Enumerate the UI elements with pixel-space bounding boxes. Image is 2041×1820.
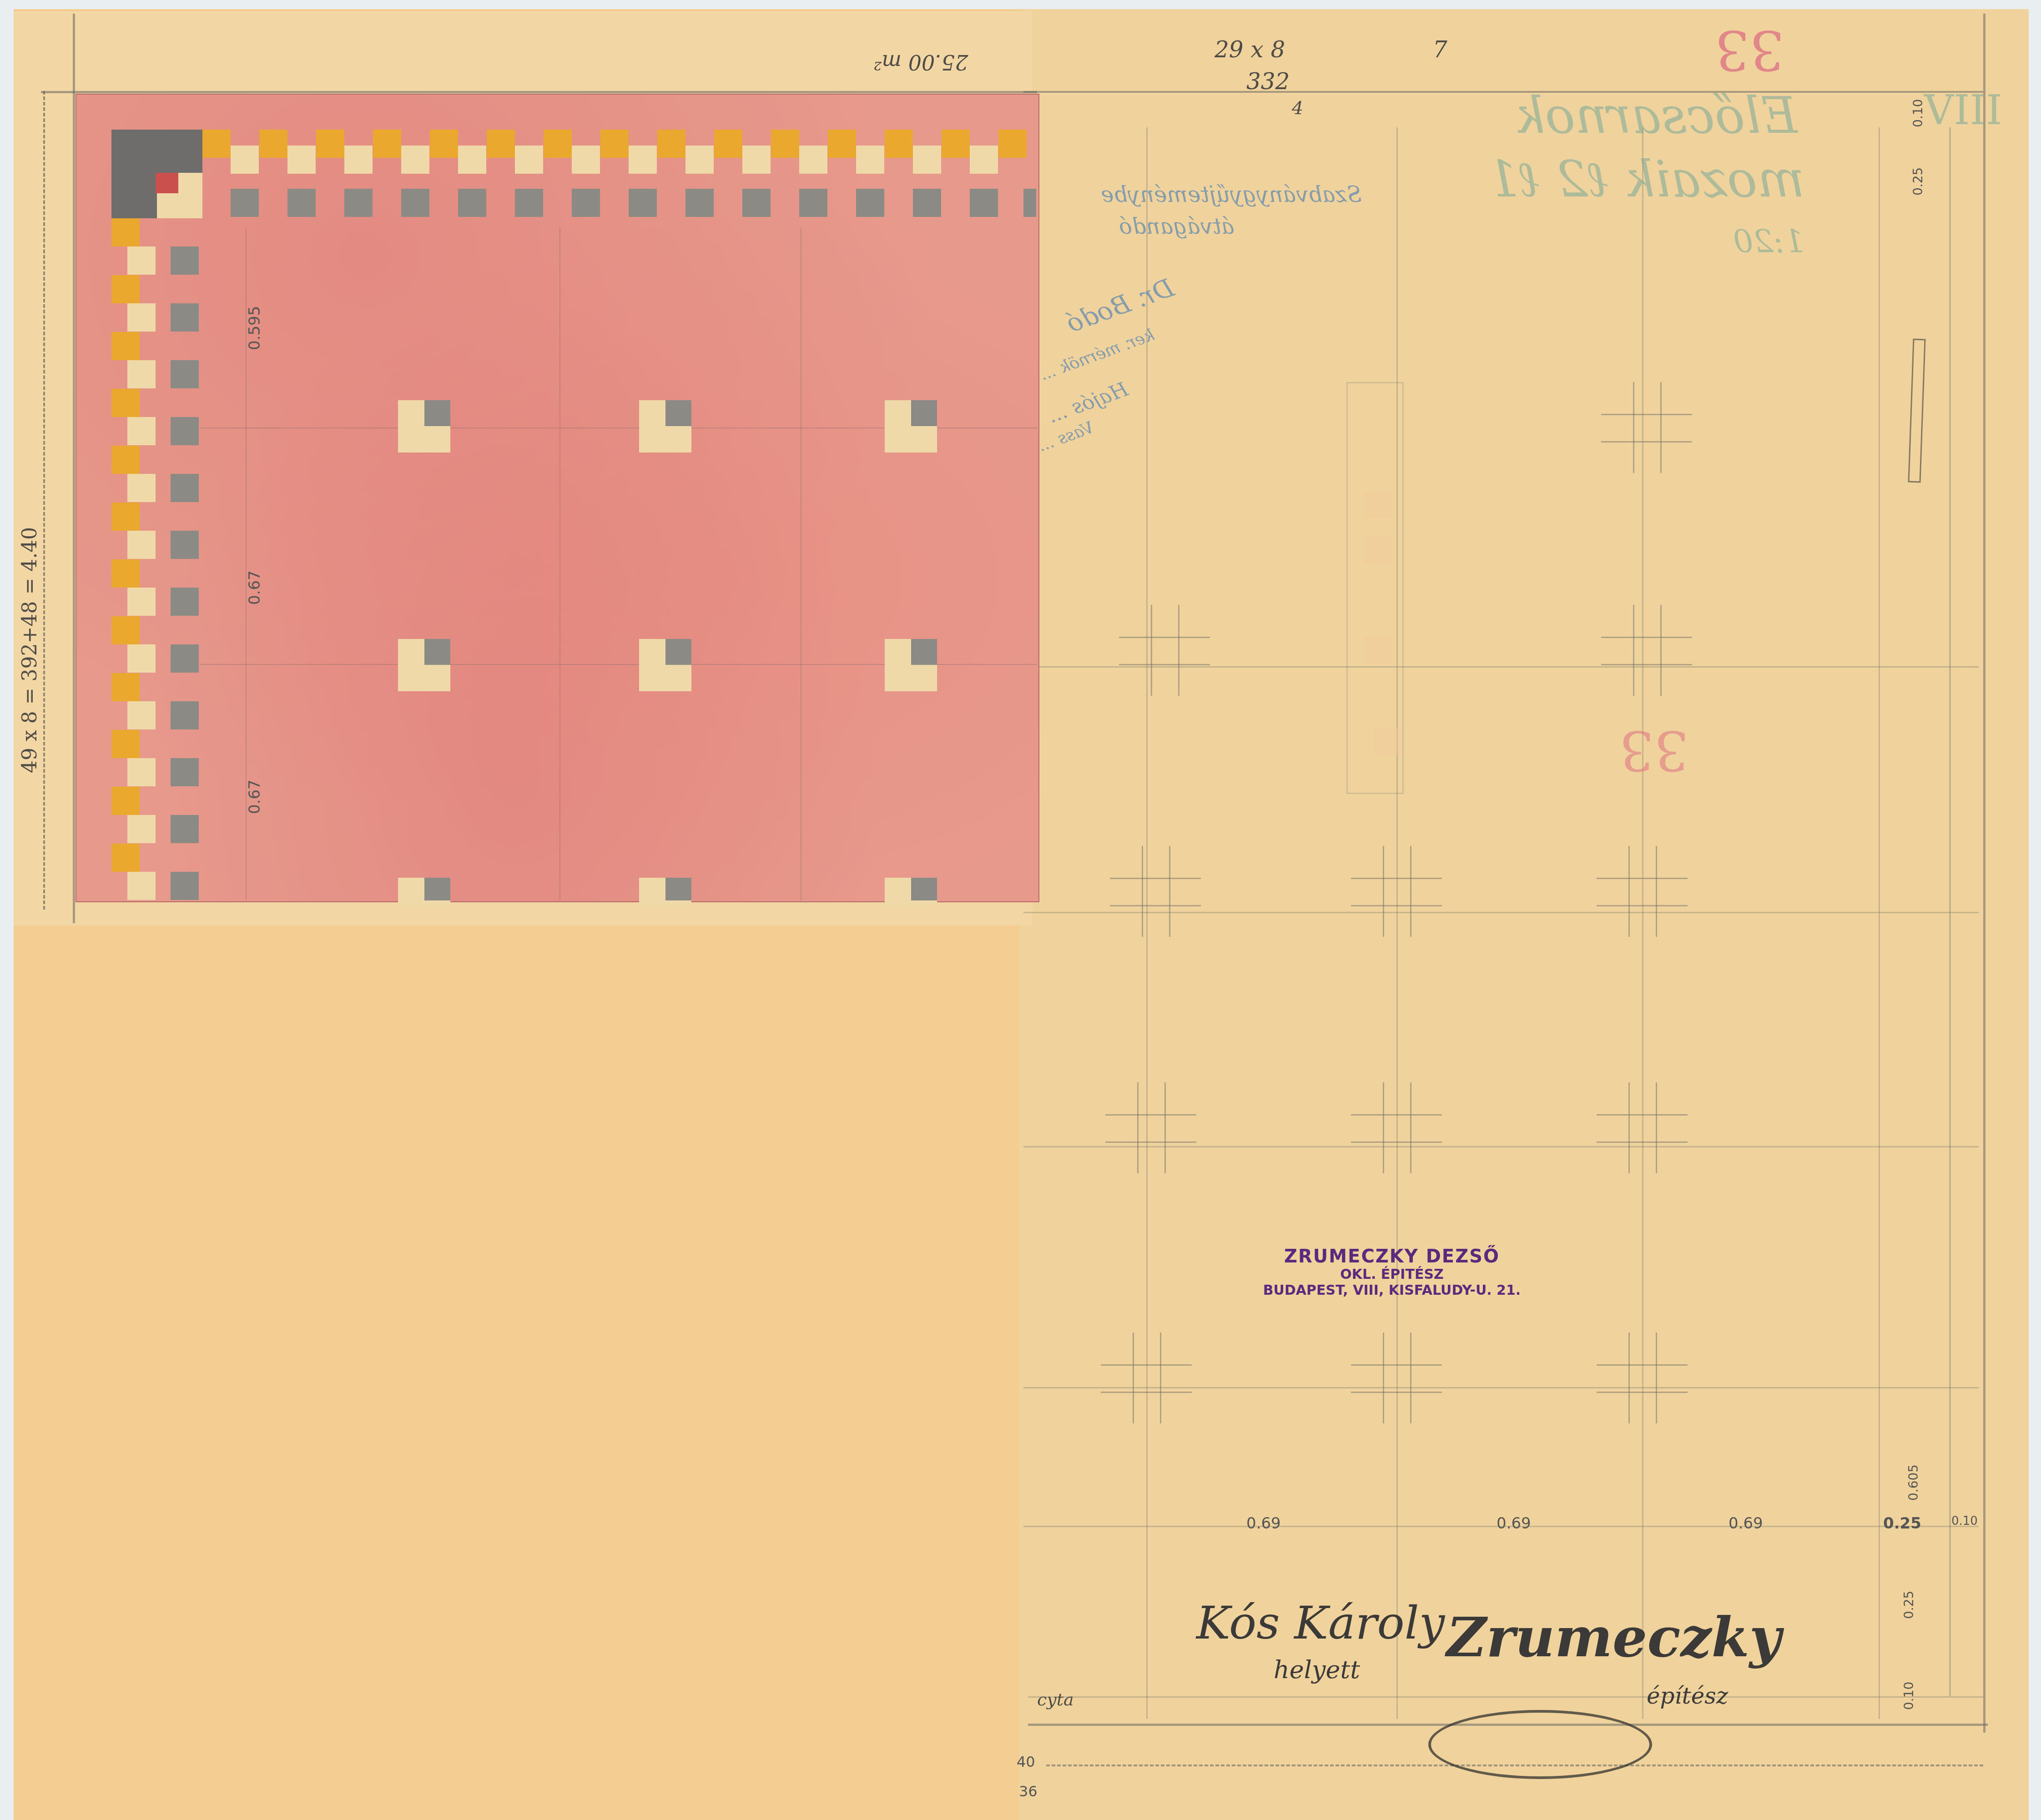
frame-inner-bottom-line bbox=[1028, 1696, 1983, 1698]
left-dim-3: 0.67 bbox=[246, 779, 264, 814]
stamp-title: OKL. ÉPITÉSZ bbox=[1255, 1267, 1528, 1283]
bottom-dim-1: 0.69 bbox=[1246, 1514, 1281, 1533]
bottom-left-note: cyta bbox=[1037, 1689, 1074, 1709]
calc-note-line2: 332 bbox=[1246, 68, 1290, 95]
corner-dim-2: 36 bbox=[1019, 1783, 1038, 1800]
stamp-name: ZRUMECZKY DEZSŐ bbox=[1255, 1246, 1528, 1267]
calc-note-extra: 7 bbox=[1433, 36, 1447, 63]
bottom-dim-4: 0.25 bbox=[1883, 1514, 1921, 1533]
signature-drafter: Kós Károly bbox=[1196, 1596, 1445, 1649]
panel-grid-v2 bbox=[559, 227, 560, 900]
title-block-scale: 1:20 bbox=[1733, 223, 1804, 260]
corner-tile-red bbox=[156, 173, 178, 193]
calc-note-below: 4 bbox=[1292, 98, 1303, 119]
calc-note-line1: 29 x 8 bbox=[1215, 36, 1285, 63]
right-dim-5: 0.10 bbox=[1901, 1682, 1916, 1710]
signature-architect-role: építész bbox=[1647, 1683, 1728, 1709]
signature-flourish bbox=[1428, 1710, 1652, 1779]
stamp-address: BUDAPEST, VIII, KISFALUDY-U. 21. bbox=[1255, 1283, 1528, 1299]
sheet-number: 33 bbox=[1715, 18, 1784, 81]
blue-note-1: Szabványgyűjteménybe bbox=[1101, 182, 1362, 207]
panel-grid-v3 bbox=[801, 227, 801, 900]
bottom-dim-3: 0.69 bbox=[1729, 1514, 1763, 1533]
left-dim-1: 0.595 bbox=[246, 306, 264, 350]
architect-stamp: ZRUMECZKY DEZSŐ OKL. ÉPITÉSZ BUDAPEST, V… bbox=[1255, 1246, 1528, 1298]
bottom-dim-2: 0.69 bbox=[1497, 1514, 1531, 1533]
frame-top-line bbox=[1023, 91, 1983, 93]
tile-floor-field bbox=[76, 94, 1039, 902]
frame-right-line bbox=[1983, 14, 1986, 1733]
signature-drafter-role: helyett bbox=[1274, 1655, 1360, 1684]
signature-architect: Zrumeczky bbox=[1446, 1605, 1781, 1669]
area-note: 25.00 m² bbox=[873, 50, 968, 75]
right-dim-1: 0.10 bbox=[1910, 99, 1925, 127]
title-block-roman: VIII bbox=[1924, 86, 2002, 134]
panel-top-border-line bbox=[41, 91, 1037, 93]
blue-note-2: átvágandó bbox=[1119, 214, 1235, 239]
left-dim-2: 0.67 bbox=[246, 570, 264, 605]
title-block-line2: mozaik ℓ2 ℓ1 bbox=[1487, 150, 1804, 209]
right-dim-2: 0.25 bbox=[1910, 167, 1925, 196]
panel-left-border-line bbox=[73, 14, 75, 923]
right-dim-3: 0.605 bbox=[1906, 1464, 1921, 1501]
left-formula-note: 49 x 8 = 392+48 = 4.40 bbox=[18, 527, 41, 773]
right-dim-4: 0.25 bbox=[1901, 1591, 1916, 1619]
title-block-line1: Előcsarnok bbox=[1515, 86, 1798, 145]
grid-col-4 bbox=[1879, 127, 1880, 1719]
corner-dim-1: 40 bbox=[1017, 1753, 1035, 1770]
sheet-number-mirrored: 33 bbox=[1619, 719, 1689, 782]
bottom-dim-5: 0.10 bbox=[1951, 1514, 1978, 1528]
left-dashed-dimension-line bbox=[43, 91, 45, 910]
